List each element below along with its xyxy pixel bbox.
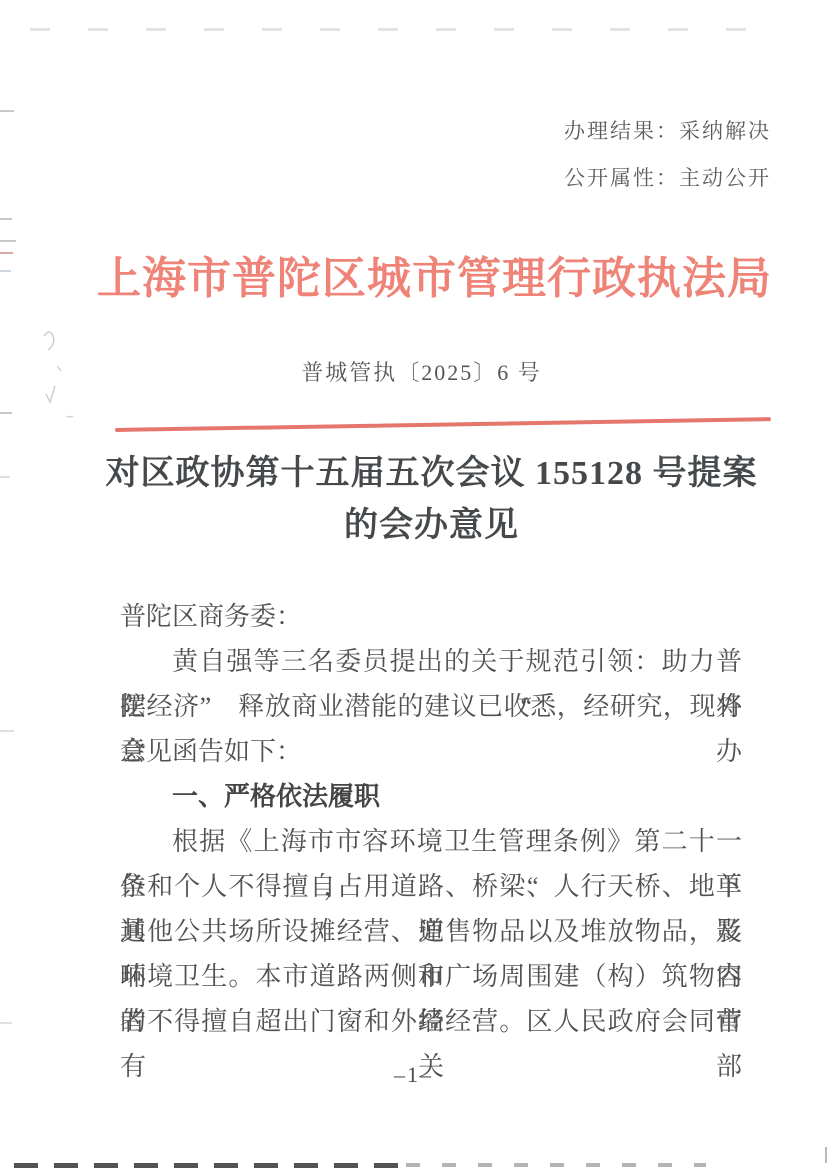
document-title-line2: 的会办意见 [344,507,519,544]
scan-artifact-left [0,270,11,272]
red-divider-line [115,417,771,432]
body-line: 其他公共场所设摊经营、兜售物品以及堆放物品，影响市容 [120,909,742,954]
page-number: –1– [0,1062,827,1088]
body-line: 摆经济” 释放商业潜能的建议已收悉，经研究，现将会办 [120,684,742,729]
scan-artifact-left [0,240,16,242]
publicity-attribute-label: 公开属性：主动公开 [564,155,771,202]
scan-artifact-left [0,730,14,732]
body-line: 者不得擅自超出门窗和外墙经营。区人民政府会同市有关部 [120,999,742,1044]
scan-artifact-bottom [14,1163,406,1168]
body-line: 黄自强等三名委员提出的关于规范引领：助力普陀 “外 [120,639,742,684]
scanned-document-page: 办理结果：采纳解决 公开属性：主动公开 上海市普陀区城市管理行政执法局 普城管执… [0,0,827,1169]
scan-artifact-left [0,218,12,220]
body-line: 根据《上海市市容环境卫生管理条例》第二十一条，“单 [120,819,742,864]
meta-block: 办理结果：采纳解决 公开属性：主动公开 [564,108,771,202]
salutation-line: 普陀区商务委： [120,594,742,639]
handling-result-label: 办理结果：采纳解决 [564,108,771,155]
scan-artifact-left [0,1022,12,1024]
document-title-line1: 对区政协第十五届五次会议 155128 号提案 [106,455,758,492]
scan-artifact-top [30,28,775,31]
body-line: 位和个人不得擅自占用道路、桥梁、人行天桥、地下通道及 [120,864,742,909]
document-number: 普城管执〔2025〕6 号 [8,356,827,387]
scan-artifact-left [0,252,13,254]
agency-masthead: 上海市普陀区城市管理行政执法局 [21,242,827,306]
scan-artifact-left [0,412,12,414]
letter-body: 普陀区商务委： 黄自强等三名委员提出的关于规范引领：助力普陀 “外 摆经济” 释… [120,594,742,1044]
body-line: 环境卫生。本市道路两侧和广场周围建（构）筑物内的经营 [120,954,742,999]
scan-artifact-left [0,476,10,478]
document-title: 对区政协第十五届五次会议 155128 号提案 的会办意见 [18,448,827,552]
section-heading: 一、严格依法履职 [120,774,742,819]
scan-artifact-left [0,110,14,112]
scan-artifact-bottom [406,1163,706,1167]
